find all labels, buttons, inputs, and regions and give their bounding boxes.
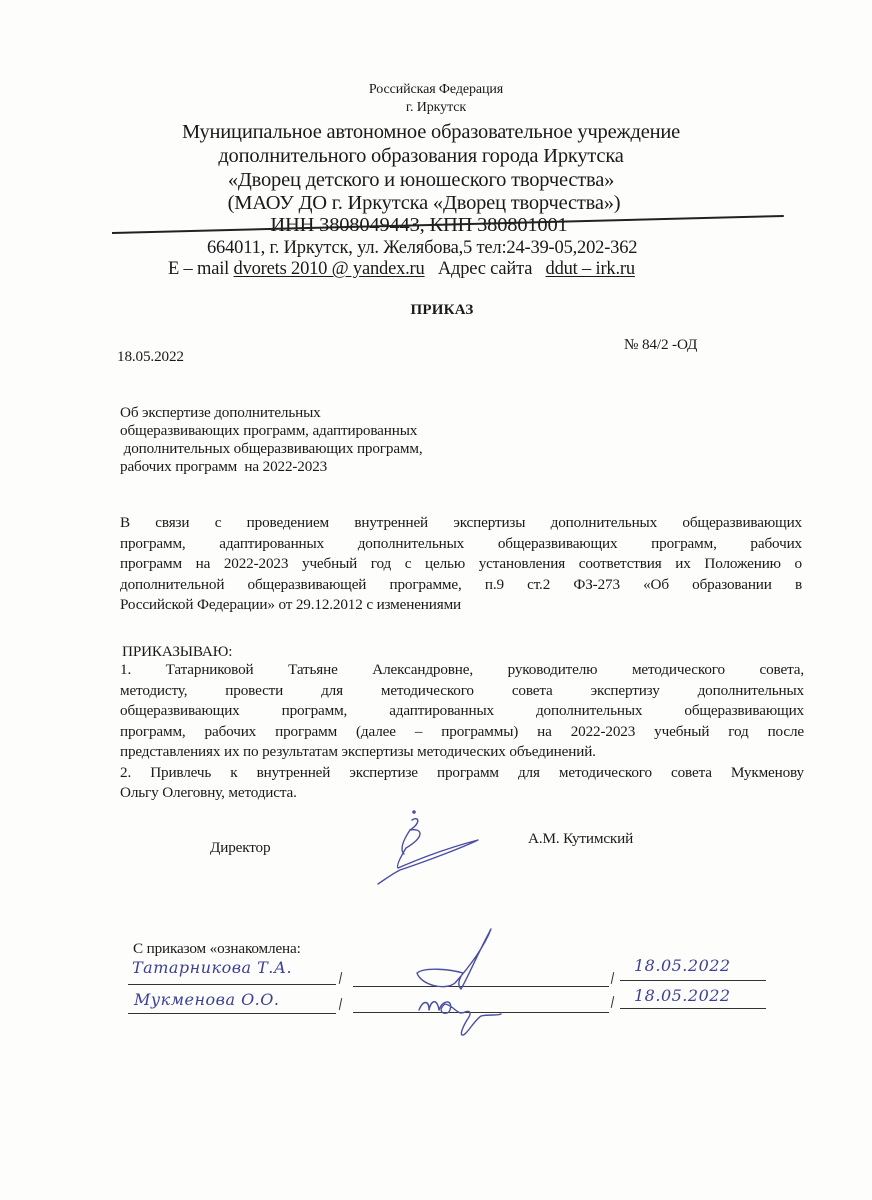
preamble-line: В связи с проведением внутренней эксперт… (120, 513, 802, 534)
site-link[interactable]: ddut – irk.ru (546, 259, 635, 279)
order-line: методисту, провести для методического со… (120, 681, 804, 702)
document-type-title: ПРИКАЗ (6, 302, 872, 319)
acknowledgement-label: С приказом «ознакомлена: (133, 939, 301, 959)
ack-name-handwritten: Татарникова Т.А. (132, 958, 292, 977)
header-country: Российская Федерация (0, 82, 872, 98)
header-org-line-2: дополнительного образования города Иркут… (0, 144, 857, 168)
email-label: E – mail (168, 259, 229, 279)
ack-separator (339, 972, 343, 984)
ack-separator (339, 998, 343, 1010)
document-number: № 84/2 -ОД (624, 335, 697, 355)
ack-date-line (620, 1008, 766, 1009)
order-items: 1. Татарниковой Татьяне Александровне, р… (120, 660, 804, 804)
subject-line: общеразвивающих программ, адаптированных (120, 422, 423, 440)
ack-name-handwritten: Мукменова О.О. (134, 990, 279, 1009)
header-contacts: E – mail dvorets 2010 @ yandex.ru Адрес … (168, 259, 635, 280)
ack-date-line (620, 980, 766, 981)
ack-name-line (128, 984, 336, 985)
email-link[interactable]: dvorets 2010 @ yandex.ru (234, 259, 425, 279)
director-signature-icon (370, 808, 520, 888)
subject-line: Об экспертизе дополнительных (120, 404, 423, 422)
order-line: 2. Привлечь к внутренней экспертизе прог… (120, 763, 804, 784)
header-address: 664011, г. Иркутск, ул. Желябова,5 тел:2… (207, 238, 637, 259)
header-org-line-4: (МАОУ ДО г. Иркутска «Дворец творчества»… (0, 191, 860, 215)
order-line: 1. Татарниковой Татьяне Александровне, р… (120, 660, 804, 681)
preamble-line: дополнительной общеразвивающей программе… (120, 575, 802, 596)
header-city: г. Иркутск (0, 100, 872, 116)
subject-line: дополнительных общеразвивающих программ, (120, 440, 423, 458)
ack-name-line (128, 1013, 336, 1014)
header-org-line-3: «Дворец детского и юношеского творчества… (0, 168, 857, 192)
order-heading: ПРИКАЗЫВАЮ: (122, 642, 232, 662)
order-line: Ольгу Олеговну, методиста. (120, 783, 804, 804)
document-page: Российская Федерация г. Иркутск Муниципа… (0, 0, 872, 1200)
ack-date-handwritten: 18.05.2022 (634, 986, 731, 1005)
subject-line: рабочих программ на 2022-2023 (120, 458, 423, 476)
ack-date-handwritten: 18.05.2022 (634, 956, 731, 975)
ack-separator (611, 996, 615, 1008)
ack-signature-2-icon (415, 990, 505, 1040)
document-subject: Об экспертизе дополнительных общеразвива… (120, 404, 423, 476)
site-label: Адрес сайта (438, 259, 532, 279)
signature-position: Директор (210, 838, 270, 858)
document-preamble: В связи с проведением внутренней эксперт… (120, 513, 802, 616)
ack-separator (611, 972, 615, 984)
order-line: представлениях их по результатам эксперт… (120, 742, 804, 763)
order-line: общеразвивающих программ, адаптированных… (120, 701, 804, 722)
preamble-line: программ на 2022-2023 учебный год с цель… (120, 554, 802, 575)
preamble-line: Российской Федерации» от 29.12.2012 с из… (120, 595, 802, 616)
document-date: 18.05.2022 (117, 347, 184, 367)
header-org-line-1: Муниципальное автономное образовательное… (0, 120, 867, 144)
signature-name: А.М. Кутимский (528, 829, 633, 849)
order-line: программ, рабочих программ (далее – прог… (120, 722, 804, 743)
preamble-line: программ, адаптированных дополнительных … (120, 534, 802, 555)
